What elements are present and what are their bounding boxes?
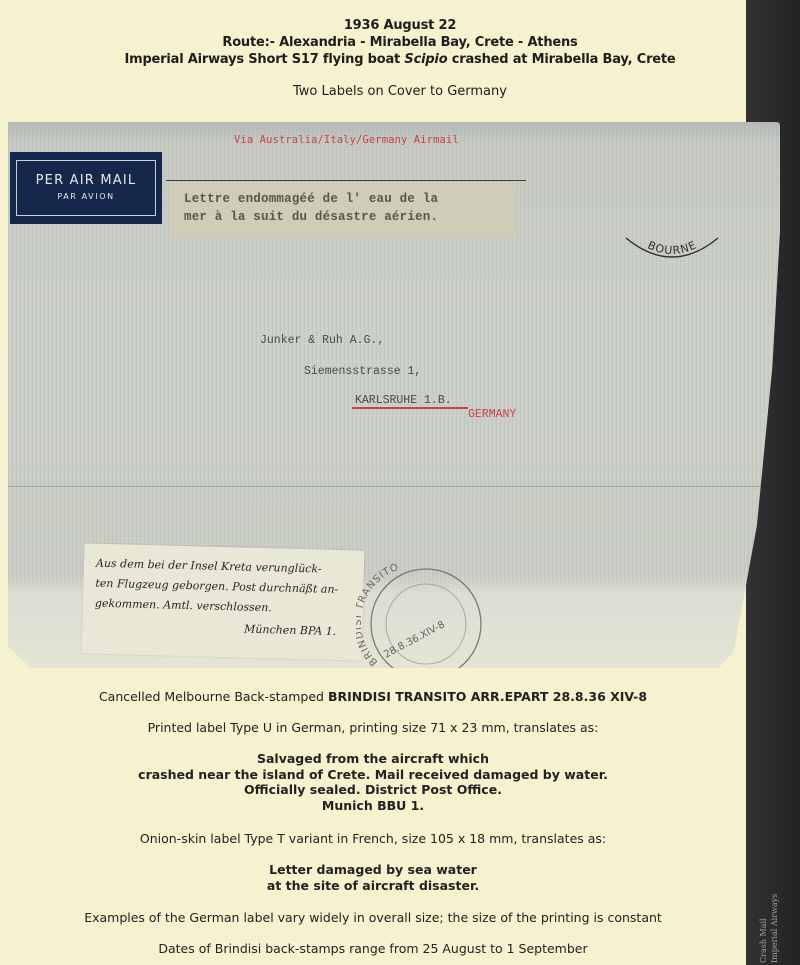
page-date: 1936 August 22 bbox=[0, 18, 800, 34]
crash-line-prefix: Imperial Airways Short S17 flying boat bbox=[124, 52, 404, 67]
german-printed-label: Aus dem bei der Insel Kreta verunglück- … bbox=[82, 543, 365, 660]
backstamp-caption: Cancelled Melbourne Back-stamped BRINDIS… bbox=[0, 689, 746, 705]
german-label-description: Printed label Type U in German, printing… bbox=[0, 720, 746, 736]
crash-line: Imperial Airways Short S17 flying boat S… bbox=[0, 52, 800, 68]
address-country: GERMANY bbox=[468, 408, 516, 421]
german-label-signature: München BPA 1. bbox=[94, 616, 356, 643]
size-note: Examples of the German label vary widely… bbox=[0, 910, 746, 926]
airmail-label-main: PER AIR MAIL bbox=[17, 173, 155, 188]
crash-line-suffix: crashed at Mirabella Bay, Crete bbox=[447, 52, 675, 67]
address-line-1: Junker & Ruh A.G., bbox=[260, 334, 384, 347]
german-translation-line: crashed near the island of Crete. Mail r… bbox=[0, 767, 746, 783]
dates-note: Dates of Brindisi back-stamps range from… bbox=[0, 941, 746, 957]
airmail-label: PER AIR MAIL PAR AVION bbox=[10, 152, 162, 224]
svg-text:28.8.36.XIV-8: 28.8.36.XIV-8 bbox=[382, 619, 447, 660]
french-label-line: Lettre endommagéé de l' eau de la bbox=[184, 190, 438, 208]
german-translation: Salvaged from the aircraft which crashed… bbox=[0, 751, 746, 813]
german-translation-line: Officially sealed. District Post Office. bbox=[0, 782, 746, 798]
page-subtitle: Two Labels on Cover to Germany bbox=[0, 84, 800, 100]
brindisi-postmark: BRINDISI TRANSITO 28.8.36.XIV-8 bbox=[356, 562, 486, 672]
french-onion-skin-label: Lettre endommagéé de l' eau de la mer à … bbox=[170, 182, 515, 237]
airmail-cover: PER AIR MAIL PAR AVION Via Australia/Ita… bbox=[8, 122, 780, 668]
french-translation-line: Letter damaged by sea water bbox=[0, 862, 746, 878]
envelope-fold bbox=[8, 486, 780, 487]
address-underline bbox=[352, 407, 468, 409]
spine-label-line: Crash Mail bbox=[758, 888, 769, 963]
backstamp-caption-text: Cancelled Melbourne Back-stamped bbox=[99, 689, 328, 704]
spine-label-line: Imperial Airways bbox=[769, 888, 780, 963]
typed-rule bbox=[166, 180, 526, 181]
french-translation-line: at the site of aircraft disaster. bbox=[0, 878, 746, 894]
french-label-text: Lettre endommagéé de l' eau de la mer à … bbox=[184, 190, 438, 226]
german-translation-line: Salvaged from the aircraft which bbox=[0, 751, 746, 767]
routing-note: Via Australia/Italy/Germany Airmail bbox=[234, 134, 459, 146]
route-line: Route:- Alexandria - Mirabella Bay, Cret… bbox=[0, 35, 800, 51]
german-translation-line: Munich BBU 1. bbox=[0, 798, 746, 814]
address-line-2: Siemensstrasse 1, bbox=[304, 365, 421, 378]
german-label-text: Aus dem bei der Insel Kreta verunglück- … bbox=[94, 554, 358, 643]
aircraft-name: Scipio bbox=[404, 52, 447, 67]
address-line-3: KARLSRUHE 1.B. bbox=[355, 394, 452, 407]
airmail-label-sub: PAR AVION bbox=[17, 192, 155, 201]
french-label-line: mer à la suit du désastre aérien. bbox=[184, 208, 438, 226]
french-translation: Letter damaged by sea water at the site … bbox=[0, 862, 746, 893]
bourne-postmark: BOURNE bbox=[622, 230, 722, 266]
french-label-description: Onion-skin label Type T variant in Frenc… bbox=[0, 831, 746, 847]
spine-label: Crash Mail Imperial Airways bbox=[758, 888, 798, 963]
backstamp-detail: BRINDISI TRANSITO ARR.EPART 28.8.36 XIV-… bbox=[328, 689, 647, 704]
airmail-label-frame: PER AIR MAIL PAR AVION bbox=[16, 160, 156, 216]
